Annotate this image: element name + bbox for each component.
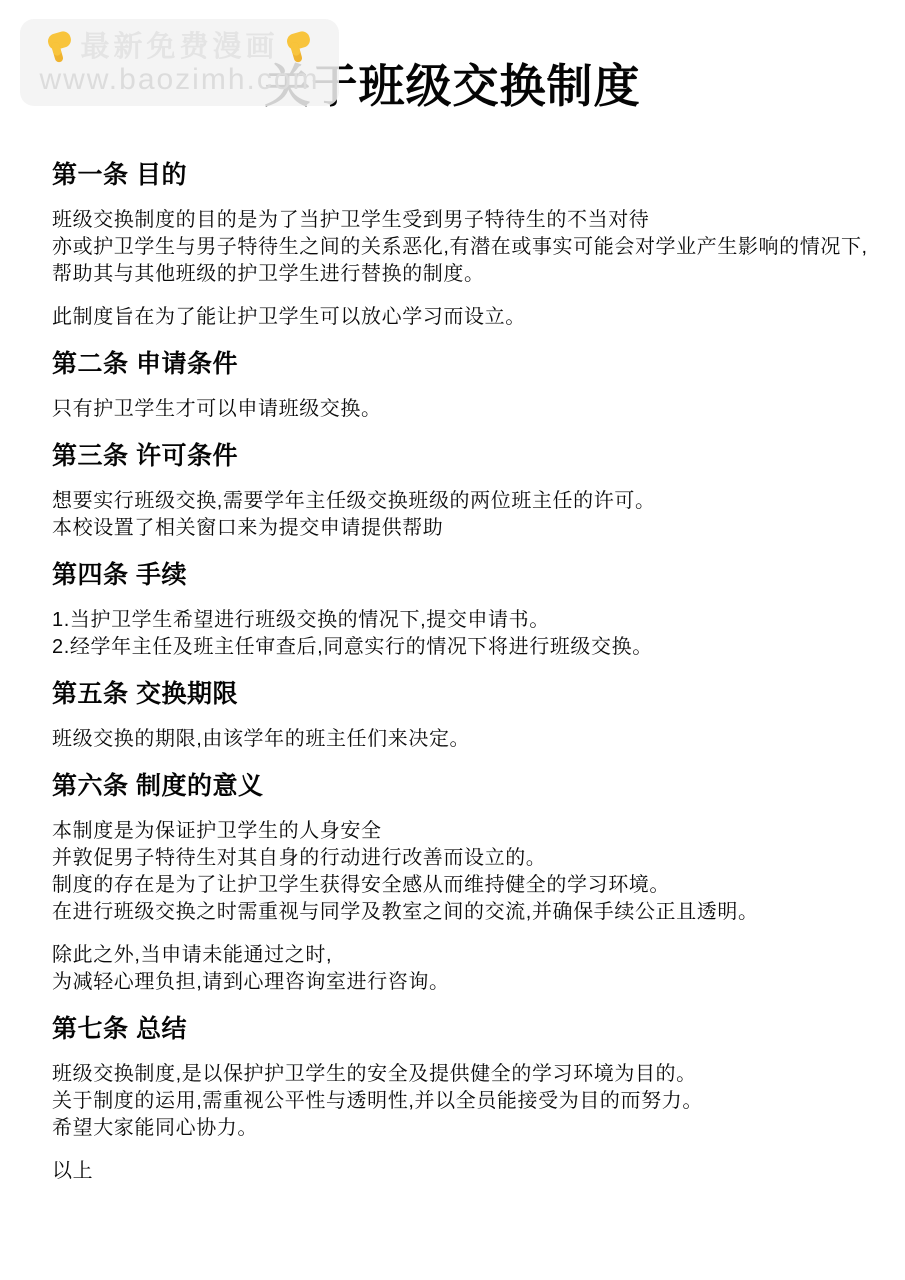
paragraph: 只有护卫学生才可以申请班级交换。 (52, 396, 855, 423)
section-heading-5: 第五条 交换期限 (52, 679, 855, 710)
pointing-down-emoji (43, 30, 77, 64)
section-heading-3: 第三条 许可条件 (52, 441, 855, 472)
paragraph-line: 本校设置了相关窗口来为提交申请提供帮助 (52, 515, 855, 542)
section-heading-6: 第六条 制度的意义 (52, 771, 855, 802)
paragraph-line: 为减轻心理负担,请到心理咨询室进行咨询。 (52, 969, 855, 996)
paragraph: 班级交换制度的目的是为了当护卫学生受到男子特待生的不当对待 亦或护卫学生与男子特… (52, 207, 855, 288)
paragraph-line: 只有护卫学生才可以申请班级交换。 (52, 396, 855, 423)
paragraph: 班级交换的期限,由该学年的班主任们来决定。 (52, 726, 855, 753)
closing-line: 以上 (52, 1158, 855, 1185)
paragraph: 本制度是为保证护卫学生的人身安全 并敦促男子特待生对其自身的行动进行改善而设立的… (52, 818, 855, 926)
paragraph-line: 班级交换的期限,由该学年的班主任们来决定。 (52, 726, 855, 753)
watermark-badge: 最新免费漫画 www.baozimh.com (20, 19, 339, 106)
paragraph-line: 希望大家能同心协力。 (52, 1115, 855, 1142)
section-heading-7: 第七条 总结 (52, 1014, 855, 1045)
document-body: 第一条 目的 班级交换制度的目的是为了当护卫学生受到男子特待生的不当对待 亦或护… (52, 0, 855, 1185)
section-heading-1: 第一条 目的 (52, 160, 855, 191)
pointing-down-emoji (282, 30, 316, 64)
watermark-row: 最新免费漫画 (43, 30, 315, 64)
paragraph: 此制度旨在为了能让护卫学生可以放心学习而设立。 (52, 304, 855, 331)
paragraph-line: 帮助其与其他班级的护卫学生进行替换的制度。 (52, 261, 855, 288)
watermark-url: www.baozimh.com (39, 65, 319, 95)
paragraph-line: 除此之外,当申请未能通过之时, (52, 942, 855, 969)
paragraph: 1.当护卫学生希望进行班级交换的情况下,提交申请书。 2.经学年主任及班主任审查… (52, 607, 855, 661)
paragraph-line: 关于制度的运用,需重视公平性与透明性,并以全员能接受为目的而努力。 (52, 1088, 855, 1115)
watermark-site-name: 最新免费漫画 (80, 33, 278, 62)
paragraph-line: 本制度是为保证护卫学生的人身安全 (52, 818, 855, 845)
paragraph: 班级交换制度,是以保护护卫学生的安全及提供健全的学习环境为目的。 关于制度的运用… (52, 1061, 855, 1142)
document-page: 关于班级交换制度 最新免费漫画 (0, 0, 905, 1280)
section-heading-2: 第二条 申请条件 (52, 349, 855, 380)
paragraph-line: 班级交换制度,是以保护护卫学生的安全及提供健全的学习环境为目的。 (52, 1061, 855, 1088)
paragraph-line: 亦或护卫学生与男子特待生之间的关系恶化,有潜在或事实可能会对学业产生影响的情况下… (52, 234, 855, 261)
paragraph-line: 以上 (52, 1158, 855, 1185)
paragraph-line: 制度的存在是为了让护卫学生获得安全感从而维持健全的学习环境。 (52, 872, 855, 899)
paragraph: 除此之外,当申请未能通过之时, 为减轻心理负担,请到心理咨询室进行咨询。 (52, 942, 855, 996)
paragraph-line: 在进行班级交换之时需重视与同学及教室之间的交流,并确保手续公正且透明。 (52, 899, 855, 926)
paragraph-line: 想要实行班级交换,需要学年主任级交换班级的两位班主任的许可。 (52, 488, 855, 515)
paragraph-line: 1.当护卫学生希望进行班级交换的情况下,提交申请书。 (52, 607, 855, 634)
paragraph-line: 2.经学年主任及班主任审查后,同意实行的情况下将进行班级交换。 (52, 634, 855, 661)
section-heading-4: 第四条 手续 (52, 560, 855, 591)
paragraph-line: 此制度旨在为了能让护卫学生可以放心学习而设立。 (52, 304, 855, 331)
paragraph-line: 并敦促男子特待生对其自身的行动进行改善而设立的。 (52, 845, 855, 872)
paragraph-line: 班级交换制度的目的是为了当护卫学生受到男子特待生的不当对待 (52, 207, 855, 234)
paragraph: 想要实行班级交换,需要学年主任级交换班级的两位班主任的许可。 本校设置了相关窗口… (52, 488, 855, 542)
